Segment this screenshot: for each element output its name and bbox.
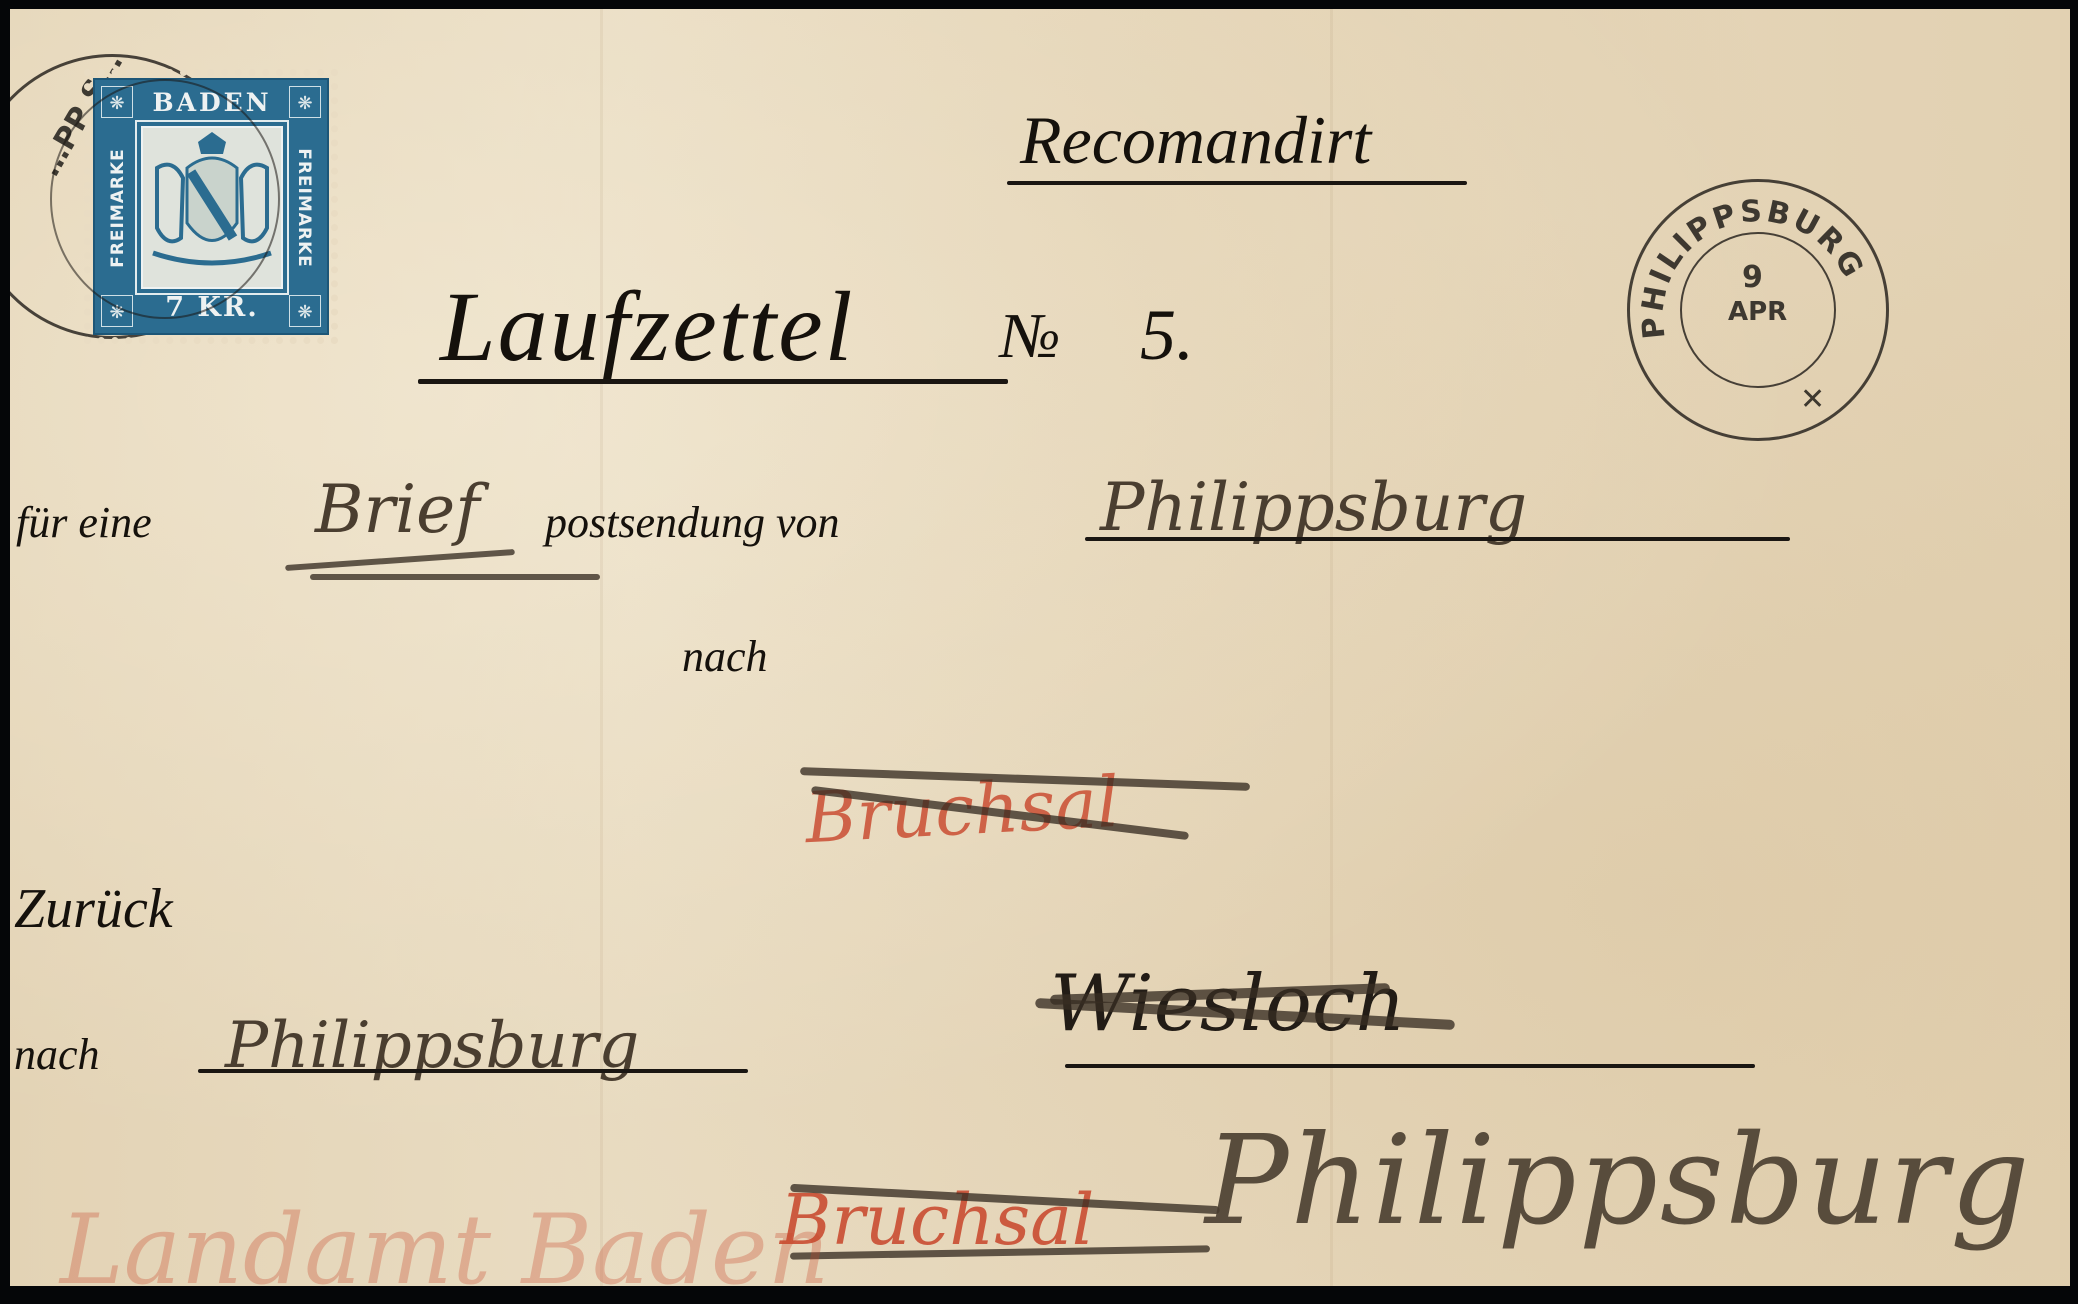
form-number: 5. bbox=[1140, 294, 1194, 377]
destination-underline bbox=[1065, 1064, 1755, 1068]
final-destination: Philippsburg bbox=[1205, 1109, 2032, 1253]
line1-item-strike bbox=[285, 549, 515, 571]
paper-fold-line bbox=[600, 9, 603, 1286]
return-label: Zurück bbox=[14, 877, 173, 941]
form-title: Laufzettel bbox=[440, 269, 854, 384]
line1-prefix: für eine bbox=[16, 497, 152, 548]
return-prefix: nach bbox=[14, 1029, 100, 1080]
line1-origin: Philippsburg bbox=[1100, 469, 1527, 546]
stamp-corner-ornament-icon: ❋ bbox=[289, 86, 321, 118]
postmark-month: APR bbox=[1728, 297, 1787, 327]
stamp-corner-ornament-icon: ❋ bbox=[289, 295, 321, 327]
faint-red-annotation: Landamt Baden bbox=[60, 1194, 830, 1286]
paper-fold-line bbox=[1330, 9, 1333, 1286]
stamp-cancel-ring bbox=[50, 79, 280, 319]
line1-item: Brief bbox=[315, 471, 480, 548]
line2-word: nach bbox=[682, 631, 768, 682]
line1-item-strike bbox=[310, 574, 600, 580]
number-prefix: № bbox=[1000, 299, 1060, 373]
postmark-bottom-mark: ✕ bbox=[1800, 382, 1825, 417]
registered-label: Recomandirt bbox=[1020, 101, 1371, 180]
line1-underline bbox=[1085, 537, 1790, 541]
philippsburg-postmark: PHILIPPSBURG 9 APR ✕ bbox=[1627, 179, 1889, 441]
registered-underline bbox=[1007, 181, 1467, 185]
title-underline bbox=[418, 379, 1008, 384]
cover-paper: …PP S… BADEN FREIMARKE FREIMARKE ❋ ❋ ❋ ❋ bbox=[10, 9, 2070, 1286]
image-frame: …PP S… BADEN FREIMARKE FREIMARKE ❋ ❋ ❋ ❋ bbox=[0, 0, 2078, 1304]
return-underline bbox=[198, 1069, 748, 1073]
postmark-day: 9 bbox=[1742, 260, 1763, 295]
line1-middle: postsendung von bbox=[545, 497, 840, 548]
stamp-side-label-right: FREIMARKE bbox=[287, 126, 321, 289]
